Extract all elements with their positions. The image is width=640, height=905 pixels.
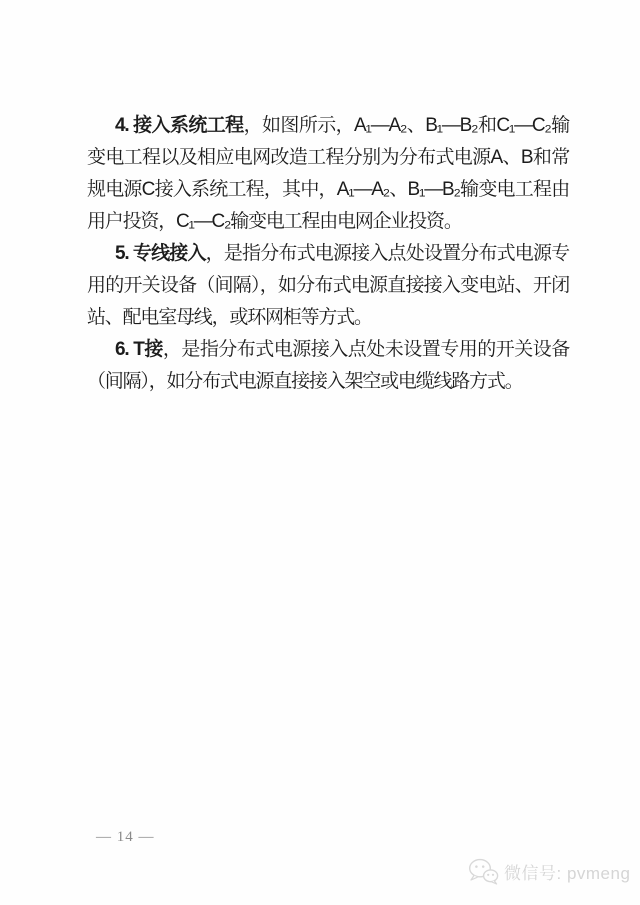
document-page: 4. 接入系统工程，如图所示，A₁—A₂、B₁—B₂和C₁—C₂输变电工程以及相… <box>0 0 640 905</box>
text-block: 4. 接入系统工程，如图所示，A₁—A₂、B₁—B₂和C₁—C₂输变电工程以及相… <box>87 110 569 398</box>
watermark: 微信号: pvmeng <box>468 858 630 885</box>
watermark-label: 微信号: pvmeng <box>504 859 630 884</box>
paragraph-6: 6. T接，是指分布式电源接入点处未设置专用的开关设备（间隔），如分布式电源直接… <box>87 334 569 398</box>
paragraph-4: 4. 接入系统工程，如图所示，A₁—A₂、B₁—B₂和C₁—C₂输变电工程以及相… <box>87 110 569 238</box>
wechat-icon <box>468 858 499 885</box>
page-number: — 14 — <box>96 829 155 846</box>
paragraph-5-lead: 5. 专线接入 <box>115 243 206 264</box>
paragraph-6-lead: 6. T接 <box>115 339 163 360</box>
paragraph-5: 5. 专线接入，是指分布式电源接入点处设置分布式电源专用的开关设备（间隔），如分… <box>87 238 569 334</box>
paragraph-4-lead: 4. 接入系统工程 <box>115 115 244 136</box>
